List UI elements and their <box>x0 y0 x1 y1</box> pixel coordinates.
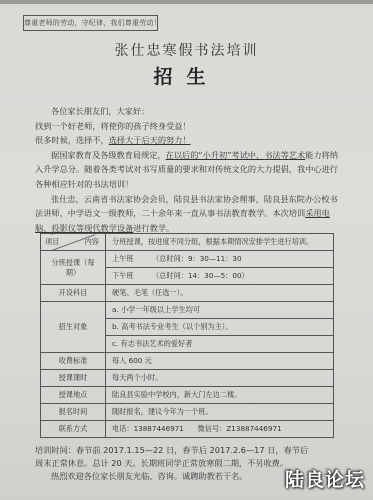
header-item-label: 项目 <box>45 237 59 247</box>
table-row: 报名时间 随时报名，建议今年为一个班。 <box>41 404 334 421</box>
info-table: 内容 项目 分班授课，按进度不同分组，根据本期情况安排学生进行培训。 分班授课（… <box>40 233 334 438</box>
table-row: 授课课时 每天两个小时。 <box>41 370 334 387</box>
slot-label: 上午班 <box>112 254 152 264</box>
photo-edge <box>0 0 373 4</box>
para1-text-a: 据国家教育及各级教育局规定， <box>51 150 166 160</box>
slogan-box: 尊重老师的劳动，守纪律，我们尊重劳动！ <box>23 15 158 31</box>
row-value-hours: 每天两个小时。 <box>106 370 334 387</box>
table-row: 分班授课（每期） 上午班（总时间：9：30—11：30 <box>41 251 334 268</box>
document-title: 张仕忠寒假书法培训 <box>0 40 373 60</box>
para1-underlined-b: 书法等艺术 <box>264 150 305 160</box>
row-value-contact: 电话：13887446971 微信号：Z13887446971 <box>106 421 334 438</box>
row-label-fee: 收费标准 <box>41 353 106 370</box>
document-subtitle: 招生 <box>0 62 373 89</box>
para2-text-a: 张仕忠，云南省书法家协会会员，陆良县书法家协会理事，陆良县东院办公校书法讲师，中… <box>35 194 338 219</box>
row-label-location: 授课地点 <box>41 387 106 404</box>
intro-paragraph-2: 张仕忠，云南省书法家协会会员，陆良县书法家协会理事，陆良县东院办公校书法讲师，中… <box>35 192 340 236</box>
greeting: 各位家长朋友们，大家好： <box>35 104 340 119</box>
slot-label: 下午班 <box>112 271 152 281</box>
row-label-contact: 联系方式 <box>41 421 106 438</box>
intro-line-2: 很多时候，选择不，选择大于后天的努力！ <box>35 133 340 148</box>
phone-number: 13887446971 <box>134 424 184 433</box>
table-header-row: 内容 项目 分班授课，按进度不同分组，根据本期情况安排学生进行培训。 <box>41 234 334 251</box>
intro-line-2-underlined: 选择大于后天的努力！ <box>109 135 191 145</box>
table-row: 招生对象 a. 小学一年级以上学生均可 <box>41 302 334 319</box>
para2-text-b: 进行教学。 <box>133 223 174 233</box>
row-label-students: 招生对象 <box>41 302 106 353</box>
student-group-b: b. 高考书法专业考生（以个别为主）。 <box>106 319 334 336</box>
row-value-subjects: 硬笔、毛笔（任选一）。 <box>106 285 334 302</box>
row-label-hours: 授课课时 <box>41 370 106 387</box>
header-diagonal-cell: 内容 项目 <box>41 234 106 251</box>
class-slot-afternoon: 下午班（总时间：14：30—5：00） <box>106 268 334 285</box>
table-row: 联系方式 电话：13887446971 微信号：Z13887446971 <box>41 421 334 438</box>
wechat-label: 微信号： <box>198 424 227 433</box>
table-row: 授课地点 陆良县实验中学校内，新大门左边二楼。 <box>41 387 334 404</box>
header-content-label: 内容 <box>85 237 99 247</box>
row-value-location: 陆良县实验中学校内，新大门左边二楼。 <box>106 387 334 404</box>
class-slot-morning: 上午班（总时间：9：30—11：30 <box>106 251 334 268</box>
table-row: 收费标准 每人 600 元 <box>41 353 334 370</box>
row-label-registration: 报名时间 <box>41 404 106 421</box>
row-value-fee: 每人 600 元 <box>106 353 334 370</box>
row-value-registration: 随时报名，建议今年为一个班。 <box>106 404 334 421</box>
row-label-classes: 分班授课（每期） <box>41 251 106 285</box>
wechat-id: Z13887446971 <box>226 424 281 433</box>
forum-watermark: 陆良论坛 <box>285 465 365 492</box>
table-row: 开设科目 硬笔、毛笔（任选一）。 <box>41 285 334 302</box>
footer-line-1: 培训时间：春节前 2017.1.15—22 日，春节后 2017.2.6—17 … <box>35 444 345 457</box>
student-group-a: a. 小学一年级以上学生均可 <box>106 302 334 319</box>
slot-time: （总时间：9：30—11：30 <box>152 254 242 263</box>
intro-paragraph-1: 据国家教育及各级教育局规定，在以后的“小升初”考试中，书法等艺术能力将纳入升学总… <box>35 148 340 192</box>
phone-label: 电话： <box>112 424 134 433</box>
student-group-c: c. 有志书法艺术的爱好者 <box>106 336 334 353</box>
intro-line-2-text: 很多时候，选择不， <box>35 135 109 145</box>
row-label-subjects: 开设科目 <box>41 285 106 302</box>
header-description: 分班授课，按进度不同分组，根据本期情况安排学生进行培训。 <box>106 234 334 251</box>
intro-line-1: 找到一个好老师，将使你的孩子终身受益！ <box>35 119 340 134</box>
intro-text: 各位家长朋友们，大家好： 找到一个好老师，将使你的孩子终身受益！ 很多时候，选择… <box>35 104 340 235</box>
para1-underlined-a: 在以后的“小升初”考试中， <box>166 150 265 160</box>
slot-time: （总时间：14：30—5：00） <box>152 271 249 280</box>
